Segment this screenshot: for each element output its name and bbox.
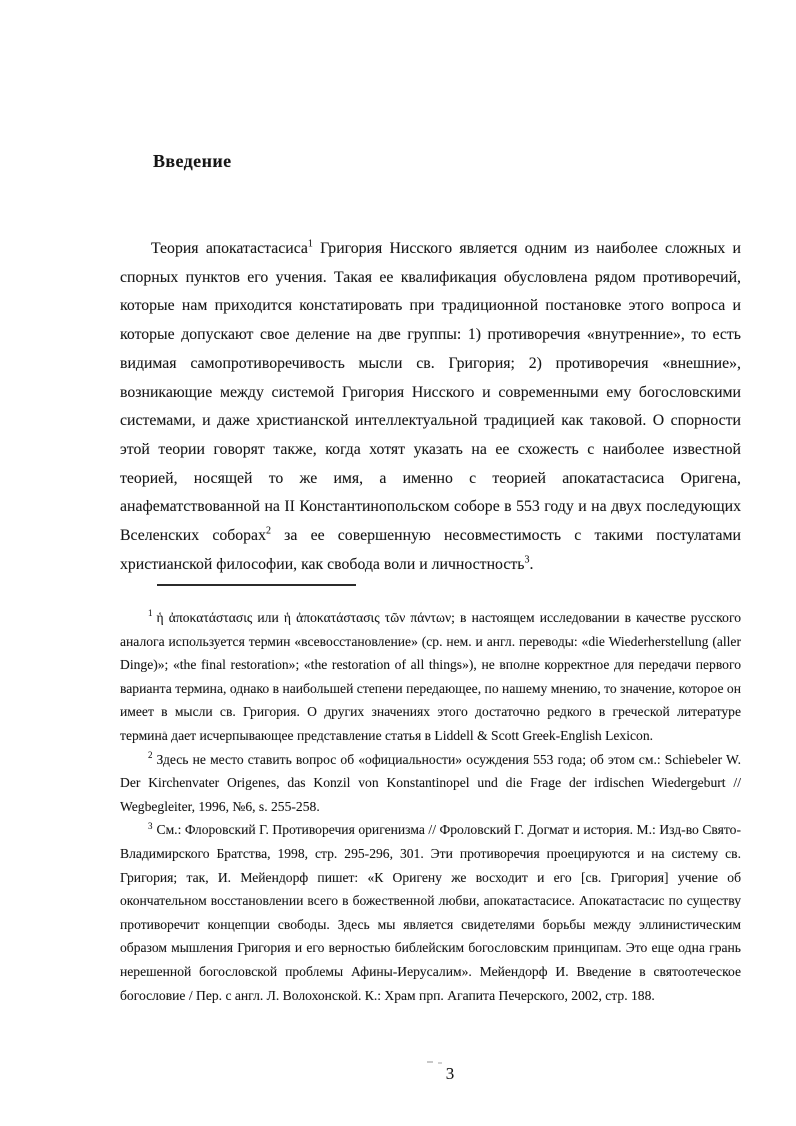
document-page: Введение Теория апокатастасиса1 Григория… bbox=[0, 0, 796, 1126]
footnote-3: 3См.: Флоровский Г. Противоречия оригени… bbox=[120, 818, 741, 1007]
footnote-text: Здесь не место ставить вопрос об «официа… bbox=[120, 752, 741, 814]
footnote-text: См.: Флоровский Г. Противоречия оригениз… bbox=[120, 822, 741, 1002]
footnote-ref: 2 bbox=[266, 526, 271, 537]
footnote-ref: 3 bbox=[524, 554, 529, 565]
footnotes-block: 1ἡ ἀποκατάστασις или ἡ ἀποκατάστασις τῶν… bbox=[120, 606, 741, 1007]
section-heading: Введение bbox=[153, 151, 232, 172]
body-paragraph: Теория апокатастасиса1 Григория Нисского… bbox=[120, 235, 741, 579]
scan-speck bbox=[163, 731, 166, 734]
footnote-1: 1ἡ ἀποκατάστασις или ἡ ἀποκατάστασις τῶν… bbox=[120, 606, 741, 748]
footnote-ref: 1 bbox=[308, 239, 313, 250]
scan-artifact bbox=[438, 1062, 442, 1064]
page-number: 3 bbox=[420, 1064, 480, 1084]
scan-artifact bbox=[427, 1061, 433, 1063]
footnote-2: 2Здесь не место ставить вопрос об «офици… bbox=[120, 748, 741, 819]
footnote-marker: 1 bbox=[148, 608, 153, 618]
footnote-marker: 3 bbox=[148, 821, 153, 831]
footnote-text: ἡ ἀποκατάστασις или ἡ ἀποκατάστασις τῶν … bbox=[120, 610, 741, 743]
footnote-separator bbox=[157, 584, 356, 586]
footnote-marker: 2 bbox=[148, 750, 153, 760]
